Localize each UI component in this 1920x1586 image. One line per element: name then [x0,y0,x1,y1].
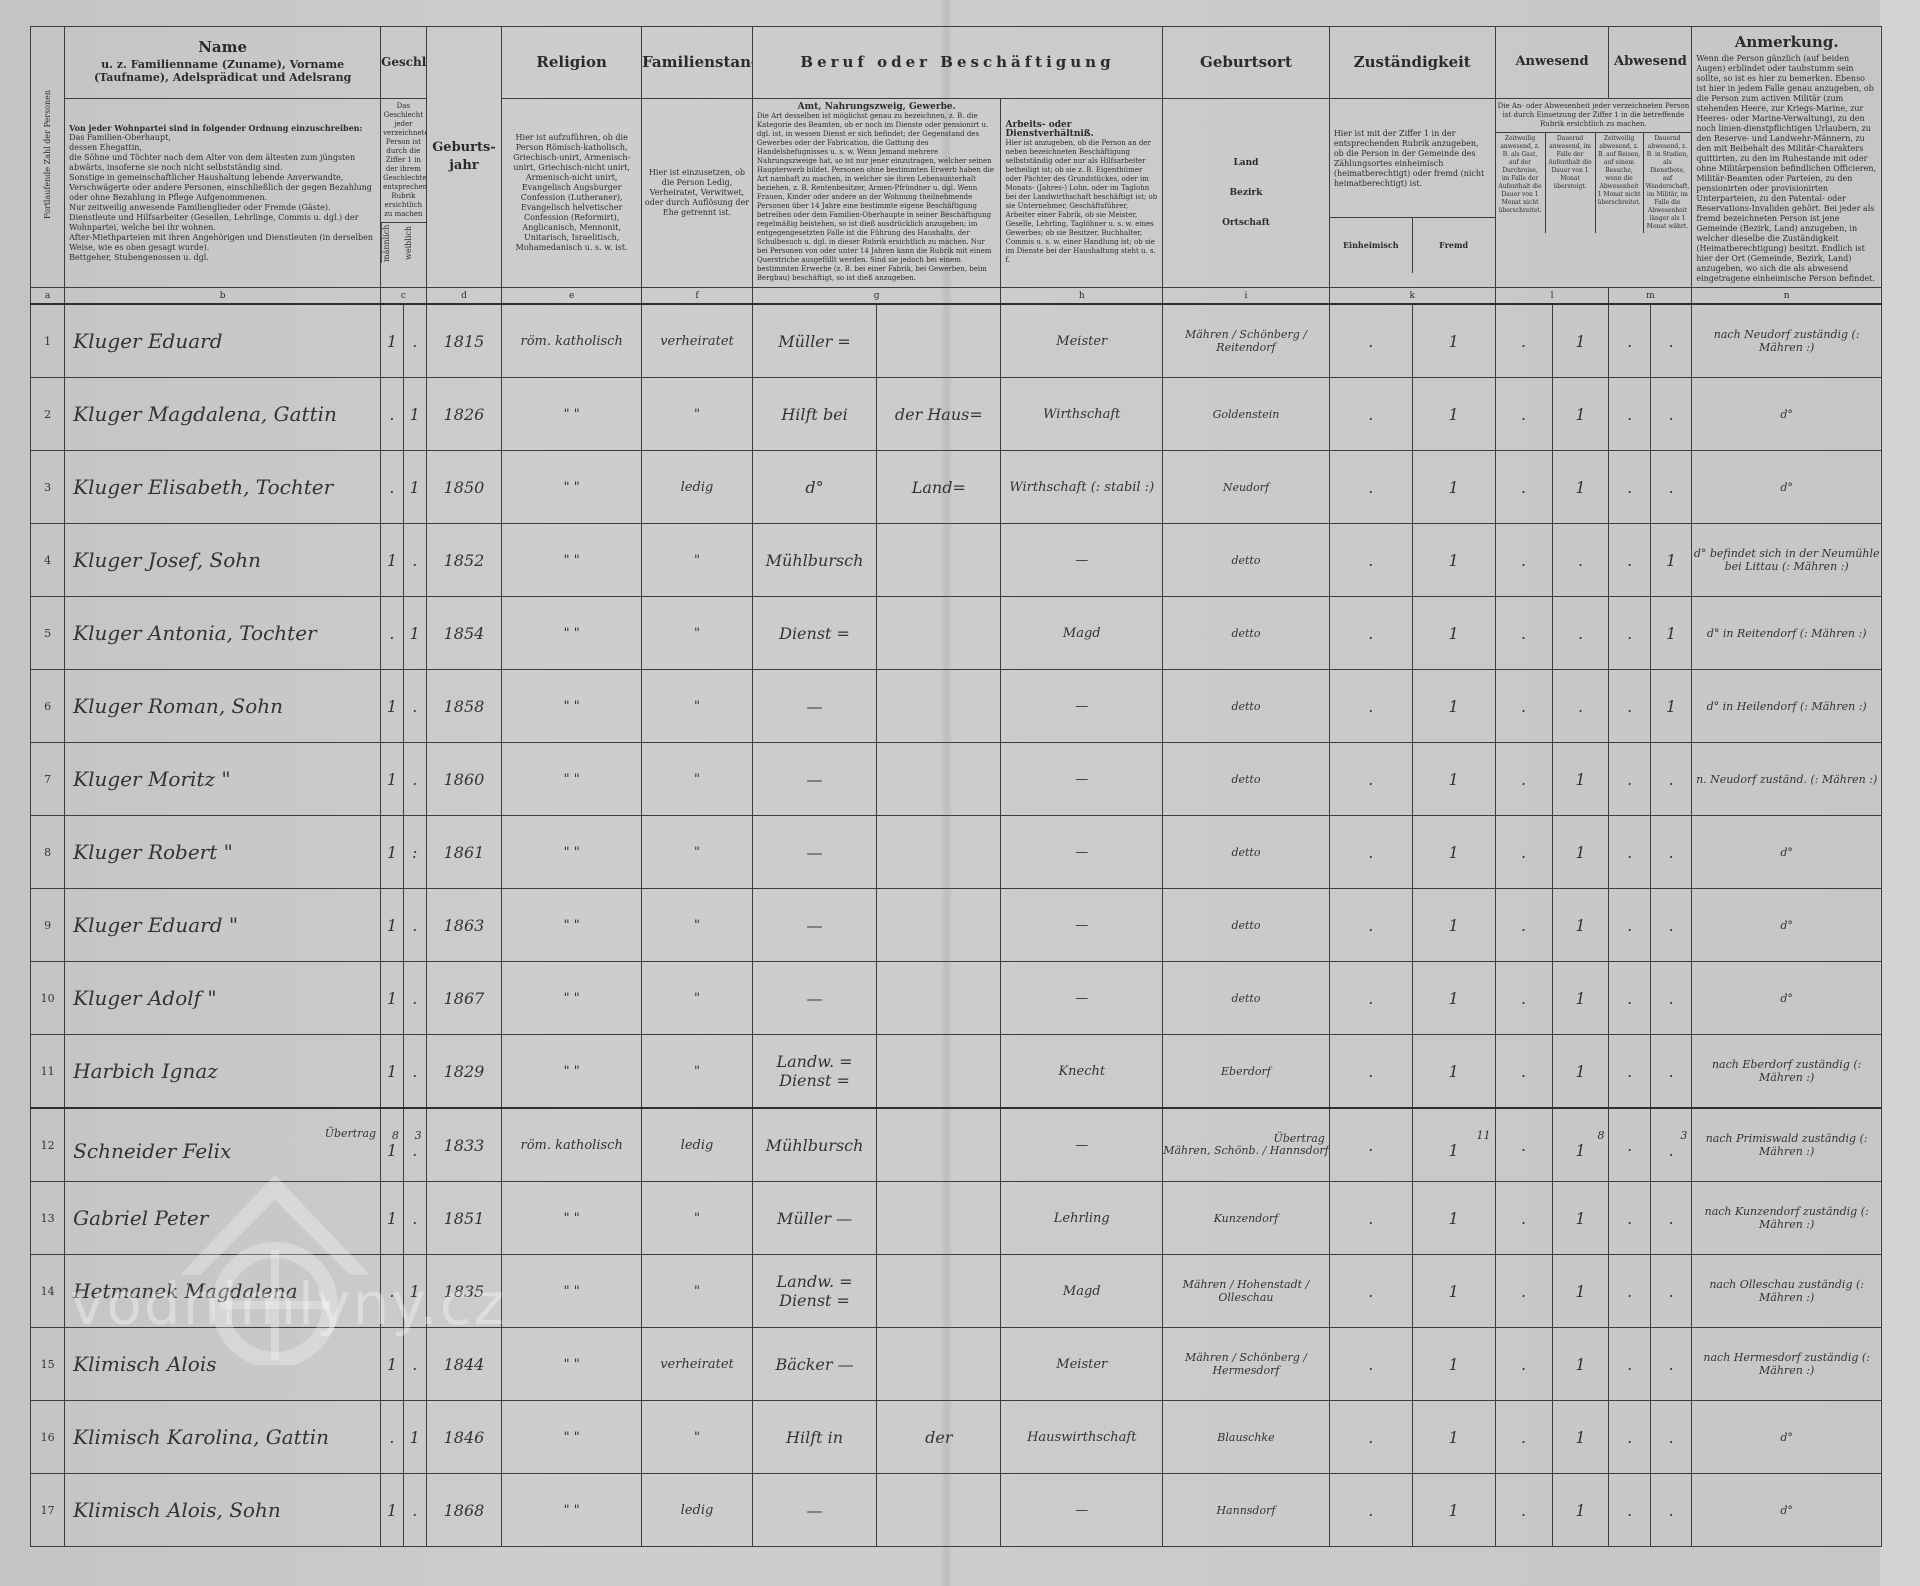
occupation: Hilft in [752,1401,876,1474]
religion: " " [502,962,642,1035]
col-lm-note: Die An- oder Abwesenheit jeder verzeichn… [1496,99,1692,133]
occupation-cont [877,743,1001,816]
marital-status: " [642,816,753,889]
table-row: 2Kluger Magdalena, Gattin.11826" ""Hilft… [31,378,1882,451]
fremd-mark: 1 [1412,1474,1495,1547]
male-mark: 1 [381,1328,404,1401]
occupation: Dienst = [752,597,876,670]
einheimisch-mark: . [1329,1182,1412,1255]
remark: d° [1692,378,1882,451]
perm-absent-mark: . [1650,743,1691,816]
occupation-cont [877,1182,1001,1255]
temp-absent-mark: . [1609,743,1650,816]
temp-absent-mark: . [1609,304,1650,378]
dauernd-abwesend-label: Dauernd abwesend, z. B. in Studien, als … [1644,133,1692,233]
remark: d° [1692,1474,1882,1547]
birthplace: detto [1163,962,1330,1035]
person-name: Kluger Adolf " [65,962,381,1035]
male-mark: 1 [381,743,404,816]
work-relation: Lehrling [1001,1182,1163,1255]
row-number: 10 [31,962,65,1035]
perm-present-mark: 81 [1552,1108,1609,1182]
col-c-note: Das Geschlecht jeder verzeichneten Perso… [381,99,426,222]
occupation: Mühlbursch [752,524,876,597]
perm-present-mark: 1 [1552,451,1609,524]
person-name: ÜbertragSchneider Felix [65,1108,381,1182]
perm-present-mark: 1 [1552,1182,1609,1255]
birthplace: Mähren / Hohenstadt / Olleschau [1163,1255,1330,1328]
male-mark: 1 [381,816,404,889]
marital-status: " [642,1035,753,1109]
work-relation: — [1001,1108,1163,1182]
row-number: 11 [31,1035,65,1109]
temp-present-mark: . [1495,524,1552,597]
work-relation: Wirthschaft [1001,378,1163,451]
col-k-note: Hier ist mit der Ziffer 1 in der entspre… [1330,99,1495,217]
perm-present-mark: 1 [1552,304,1609,378]
col-e-title: Religion [502,27,642,99]
col-g-subtitle: Amt, Nahrungszweig, Gewerbe. [757,103,997,112]
row-number: 8 [31,816,65,889]
work-relation: — [1001,1474,1163,1547]
col-m-title: Abwesend [1609,27,1692,99]
birth-year: 1868 [426,1474,502,1547]
occupation-cont [877,1328,1001,1401]
fremd-mark: 1 [1412,670,1495,743]
person-name: Kluger Eduard " [65,889,381,962]
temp-absent-mark: . [1609,670,1650,743]
birth-year: 1833 [426,1108,502,1182]
birth-year: 1844 [426,1328,502,1401]
remark: nach Primiswald zuständig (: Mähren :) [1692,1108,1882,1182]
name-subtitle: u. z. Familienname (Zuname), Vorname (Ta… [65,56,380,86]
row-number: 3 [31,451,65,524]
table-row: 15Klimisch Alois1.1844" "verheiratetBäck… [31,1328,1882,1401]
row-number: 12 [31,1108,65,1182]
occupation-cont [877,816,1001,889]
instruction-line: Dienstleute und Hilfsarbeiter (Gesellen,… [69,213,376,233]
einheimisch-mark: . [1329,816,1412,889]
dauernd-anwesend-label: Dauernd anwesend, im Falle der Aufenthal… [1546,133,1596,233]
col-c-title: Geschlecht [381,27,427,99]
female-mark: . [403,670,426,743]
col-a-label: Fortlaufende Zahl der Personen [43,90,52,219]
letter-a: a [31,288,65,305]
temp-absent-mark: . [1609,451,1650,524]
perm-present-mark: 1 [1552,1328,1609,1401]
temp-absent-mark: . [1609,1035,1650,1109]
instruction-line: die Söhne und Töchter nach dem Alter von… [69,153,376,173]
occupation: Müller = [752,304,876,378]
birthplace: Goldenstein [1163,378,1330,451]
marital-status: " [642,524,753,597]
col-k-title: Zuständigkeit [1329,27,1495,99]
carry-female: 3 [404,1130,426,1141]
female-mark: . [403,889,426,962]
male-mark: 1 [381,962,404,1035]
remark: nach Kunzendorf zuständig (: Mähren :) [1692,1182,1882,1255]
col-n-note: Wenn die Person gänzlich (auf beiden Aug… [1692,51,1881,287]
birth-year: 1863 [426,889,502,962]
birth-year: 1860 [426,743,502,816]
temp-present-mark: . [1495,743,1552,816]
female-mark: 1 [403,1255,426,1328]
temp-absent-mark: . [1609,1108,1650,1182]
temp-absent-mark: . [1609,1182,1650,1255]
einheimisch-mark: . [1329,1474,1412,1547]
letter-m: m [1609,288,1692,305]
einheimisch-mark: . [1329,1255,1412,1328]
birthplace: Kunzendorf [1163,1182,1330,1255]
temp-absent-mark: . [1609,1401,1650,1474]
name-title: Name [65,38,380,56]
instruction-line: Bettgeher, Stubengenossen u. dgl. [69,253,376,263]
temp-present-mark: . [1495,378,1552,451]
table-row: 6Kluger Roman, Sohn1.1858" ""——detto.1..… [31,670,1882,743]
letter-f: f [642,288,753,305]
marital-status: ledig [642,1474,753,1547]
male-mark: 1 [381,524,404,597]
marital-status: verheiratet [642,1328,753,1401]
perm-absent-mark: . [1650,451,1691,524]
perm-absent-mark: . [1650,378,1691,451]
marital-status: " [642,743,753,816]
temp-present-mark: . [1495,1255,1552,1328]
table-row: 14Hetmanek Magdalena.11835" ""Landw. = D… [31,1255,1882,1328]
col-g-note: Die Art desselben ist möglichst genau zu… [757,112,997,283]
marital-status: " [642,1255,753,1328]
work-relation: Magd [1001,1255,1163,1328]
perm-absent-mark: . [1650,1474,1691,1547]
birthplace: detto [1163,816,1330,889]
birth-year: 1829 [426,1035,502,1109]
work-relation: — [1001,743,1163,816]
marital-status: ledig [642,451,753,524]
birthplace: Hannsdorf [1163,1474,1330,1547]
perm-present-mark: 1 [1552,1474,1609,1547]
temp-absent-mark: . [1609,378,1650,451]
row-number: 17 [31,1474,65,1547]
fremd-mark: 1 [1412,962,1495,1035]
letter-h: h [1001,288,1163,305]
row-number: 6 [31,670,65,743]
col-n-title: Anmerkung. [1692,27,1881,51]
perm-absent-mark: . [1650,1035,1691,1109]
occupation-cont [877,1474,1001,1547]
female-mark: . [403,1474,426,1547]
einheimisch-mark: . [1329,1108,1412,1182]
letter-g: g [752,288,1001,305]
male-label: männlich [381,223,404,263]
col-i-desc: Land Bezirk Ortschaft [1163,98,1330,287]
male-mark: 1 [381,889,404,962]
perm-present-mark: 1 [1552,889,1609,962]
work-relation: — [1001,670,1163,743]
table-row: 8Kluger Robert "1:1861" ""——detto.1.1..d… [31,816,1882,889]
work-relation: Meister [1001,304,1163,378]
temp-present-mark: . [1495,1182,1552,1255]
female-mark: 1 [403,597,426,670]
col-d-title: Geburts-jahr [426,27,502,288]
occupation-cont [877,962,1001,1035]
letter-e: e [502,288,642,305]
header-title-row: Fortlaufende Zahl der Personen Name u. z… [31,27,1882,99]
einheimisch-mark: . [1329,1328,1412,1401]
male-mark: . [381,597,404,670]
col-gh-title: Beruf oder Beschäftigung [752,27,1162,99]
occupation: d° [752,451,876,524]
col-b-title: Name u. z. Familienname (Zuname), Vornam… [65,27,381,99]
table-row: 13Gabriel Peter1.1851" ""Müller —Lehrlin… [31,1182,1882,1255]
temp-present-mark: . [1495,1474,1552,1547]
header-desc-row: Von jeder Wohnpartei sind in folgender O… [31,98,1882,287]
temp-absent-mark: . [1609,1474,1650,1547]
female-mark: : [403,816,426,889]
perm-present-mark: 1 [1552,816,1609,889]
instruction-line: After-Miethparteien mit ihren Angehörige… [69,233,376,253]
einheimisch-mark: . [1329,1401,1412,1474]
religion: " " [502,1474,642,1547]
census-table: Fortlaufende Zahl der Personen Name u. z… [30,26,1882,1547]
perm-absent-mark: . [1650,816,1691,889]
remark: d° in Heilendorf (: Mähren :) [1692,670,1882,743]
occupation-cont: der Haus= [877,378,1001,451]
religion: " " [502,524,642,597]
fremd-mark: 1 [1412,378,1495,451]
carry-male: 8 [381,1130,403,1141]
birthplace: Eberdorf [1163,1035,1330,1109]
marital-status: " [642,670,753,743]
table-row: 11Harbich Ignaz1.1829" ""Landw. = Dienst… [31,1035,1882,1109]
male-mark: 1 [381,1035,404,1109]
religion: " " [502,1182,642,1255]
perm-absent-mark: 1 [1650,597,1691,670]
birth-year: 1861 [426,816,502,889]
temp-absent-mark: . [1609,962,1650,1035]
row-number: 14 [31,1255,65,1328]
perm-absent-mark: . [1650,1182,1691,1255]
birthplace: detto [1163,889,1330,962]
fremd-mark: 1 [1412,889,1495,962]
work-relation: — [1001,889,1163,962]
female-mark: 1 [403,451,426,524]
fremd-mark: 1 [1412,524,1495,597]
person-name: Kluger Magdalena, Gattin [65,378,381,451]
female-mark: . [403,1328,426,1401]
perm-absent-mark: . [1650,304,1691,378]
person-name: Harbich Ignaz [65,1035,381,1109]
female-mark: . [403,1182,426,1255]
male-mark: . [381,451,404,524]
religion: " " [502,670,642,743]
work-relation: Magd [1001,597,1163,670]
female-mark: . [403,962,426,1035]
fremd-mark: 111 [1412,1108,1495,1182]
occupation: — [752,1474,876,1547]
table-row: 4Kluger Josef, Sohn1.1852" ""Mühlbursch—… [31,524,1882,597]
letter-k: k [1329,288,1495,305]
remark: nach Hermesdorf zuständig (: Mähren :) [1692,1328,1882,1401]
male-mark: . [381,1401,404,1474]
perm-absent-mark: 1 [1650,524,1691,597]
religion: " " [502,743,642,816]
einheimisch-mark: . [1329,378,1412,451]
male-mark: 81 [381,1108,404,1182]
instruction-line: Von jeder Wohnpartei sind in folgender O… [69,123,376,133]
fremd-mark: 1 [1412,597,1495,670]
letter-n: n [1692,288,1882,305]
remark: nach Eberdorf zuständig (: Mähren :) [1692,1035,1882,1109]
letter-d: d [426,288,502,305]
religion: " " [502,597,642,670]
table-row: 7Kluger Moritz "1.1860" ""——detto.1.1..n… [31,743,1882,816]
remark: d° befindet sich in der Neumühle bei Lit… [1692,524,1882,597]
einheimisch-mark: . [1329,451,1412,524]
religion: " " [502,1328,642,1401]
table-row: 3Kluger Elisabeth, Tochter.11850" "ledig… [31,451,1882,524]
male-mark: . [381,378,404,451]
marital-status: " [642,1401,753,1474]
remark: nach Olleschau zuständig (: Mähren :) [1692,1255,1882,1328]
letter-i: i [1163,288,1330,305]
row-number: 15 [31,1328,65,1401]
religion: " " [502,1255,642,1328]
birth-year: 1851 [426,1182,502,1255]
census-rows: 1Kluger Eduard1.1815röm. katholischverhe… [31,304,1882,1547]
female-mark: . [403,743,426,816]
table-row: 17Klimisch Alois, Sohn1.1868" "ledig——Ha… [31,1474,1882,1547]
occupation: Müller — [752,1182,876,1255]
row-number: 2 [31,378,65,451]
remark: d° [1692,1401,1882,1474]
female-label: weiblich [404,223,426,263]
marital-status: " [642,1182,753,1255]
occupation-cont [877,524,1001,597]
birthplace: Blauschke [1163,1401,1330,1474]
occupation: Landw. = Dienst = [752,1255,876,1328]
religion: " " [502,1035,642,1109]
fremd-mark: 1 [1412,1182,1495,1255]
birthplace: Mähren / Schönberg / Hermesdorf [1163,1328,1330,1401]
row-number: 5 [31,597,65,670]
table-row: 12ÜbertragSchneider Felix813.1833röm. ka… [31,1108,1882,1182]
male-mark: 1 [381,1474,404,1547]
perm-present-mark: . [1552,597,1609,670]
person-name: Kluger Josef, Sohn [65,524,381,597]
occupation: Landw. = Dienst = [752,1035,876,1109]
birth-year: 1826 [426,378,502,451]
marital-status: verheiratet [642,304,753,378]
row-number: 1 [31,304,65,378]
page-edge [1880,0,1920,1586]
temp-present-mark: . [1495,304,1552,378]
col-b-instructions: Von jeder Wohnpartei sind in folgender O… [65,98,381,287]
perm-present-mark: 1 [1552,1255,1609,1328]
occupation-cont: der [877,1401,1001,1474]
birth-year: 1852 [426,524,502,597]
temp-absent-mark: . [1609,597,1650,670]
occupation-cont [877,670,1001,743]
female-mark: . [403,1035,426,1109]
person-name: Klimisch Alois, Sohn [65,1474,381,1547]
col-k-desc: Hier ist mit der Ziffer 1 in der entspre… [1329,98,1495,287]
marital-status: " [642,378,753,451]
col-lm-desc: Die An- oder Abwesenheit jeder verzeichn… [1495,98,1692,287]
fremd-mark: 1 [1412,1328,1495,1401]
occupation: — [752,670,876,743]
row-number: 9 [31,889,65,962]
fremd-mark: 1 [1412,1035,1495,1109]
perm-absent-mark: 3. [1650,1108,1691,1182]
occupation: — [752,889,876,962]
fremd-mark: 1 [1412,816,1495,889]
birth-year: 1867 [426,962,502,1035]
carry-absent: 3 [1651,1130,1691,1141]
column-letter-row: a b c d e f g h i k l m n [31,288,1882,305]
col-h-note: Hier ist anzugeben, ob die Person an der… [1005,139,1158,265]
occupation-cont [877,1255,1001,1328]
person-name: Gabriel Peter [65,1182,381,1255]
einheimisch-mark: . [1329,670,1412,743]
person-name: Kluger Roman, Sohn [65,670,381,743]
religion: röm. katholisch [502,304,642,378]
birth-year: 1846 [426,1401,502,1474]
occupation-cont: Land= [877,451,1001,524]
temp-absent-mark: . [1609,1255,1650,1328]
instruction-line: Das Familien-Oberhaupt, [69,133,376,143]
female-mark: 1 [403,1401,426,1474]
col-l-title: Anwesend [1495,27,1609,99]
temp-present-mark: . [1495,1401,1552,1474]
einheimisch-mark: . [1329,304,1412,378]
table-row: 1Kluger Eduard1.1815röm. katholischverhe… [31,304,1882,378]
temp-present-mark: . [1495,451,1552,524]
row-number: 7 [31,743,65,816]
table-row: 16Klimisch Karolina, Gattin.11846" ""Hil… [31,1401,1882,1474]
fremd-mark: 1 [1412,1255,1495,1328]
female-mark: . [403,524,426,597]
col-g-desc: Amt, Nahrungszweig, Gewerbe. Die Art des… [752,98,1001,287]
col-f-title: Familienstand [642,27,753,99]
col-h-desc: Arbeits- oder Dienstverhältniß. Hier ist… [1001,98,1163,287]
col-n-header: Anmerkung. Wenn die Person gänzlich (auf… [1692,27,1882,288]
remark: d° [1692,816,1882,889]
einheimisch-label: Einheimisch [1330,240,1412,250]
marital-status: " [642,962,753,1035]
person-name: Klimisch Alois [65,1328,381,1401]
table-row: 9Kluger Eduard "1.1863" ""——detto.1.1..d… [31,889,1882,962]
occupation: — [752,816,876,889]
marital-status: " [642,889,753,962]
col-a-header: Fortlaufende Zahl der Personen [31,27,65,288]
birthplace: Mähren / Schönberg / Reitendorf [1163,304,1330,378]
einheimisch-mark: . [1329,597,1412,670]
occupation: Hilft bei [752,378,876,451]
occupation-cont [877,889,1001,962]
work-relation: Hauswirthschaft [1001,1401,1163,1474]
person-name: Kluger Robert " [65,816,381,889]
birth-year: 1854 [426,597,502,670]
perm-absent-mark: . [1650,962,1691,1035]
remark: d° in Reitendorf (: Mähren :) [1692,597,1882,670]
perm-absent-mark: . [1650,1328,1691,1401]
occupation: — [752,743,876,816]
birth-year: 1858 [426,670,502,743]
religion: " " [502,1401,642,1474]
fremd-mark: 1 [1412,304,1495,378]
person-name: Kluger Moritz " [65,743,381,816]
occupation-cont [877,1035,1001,1109]
